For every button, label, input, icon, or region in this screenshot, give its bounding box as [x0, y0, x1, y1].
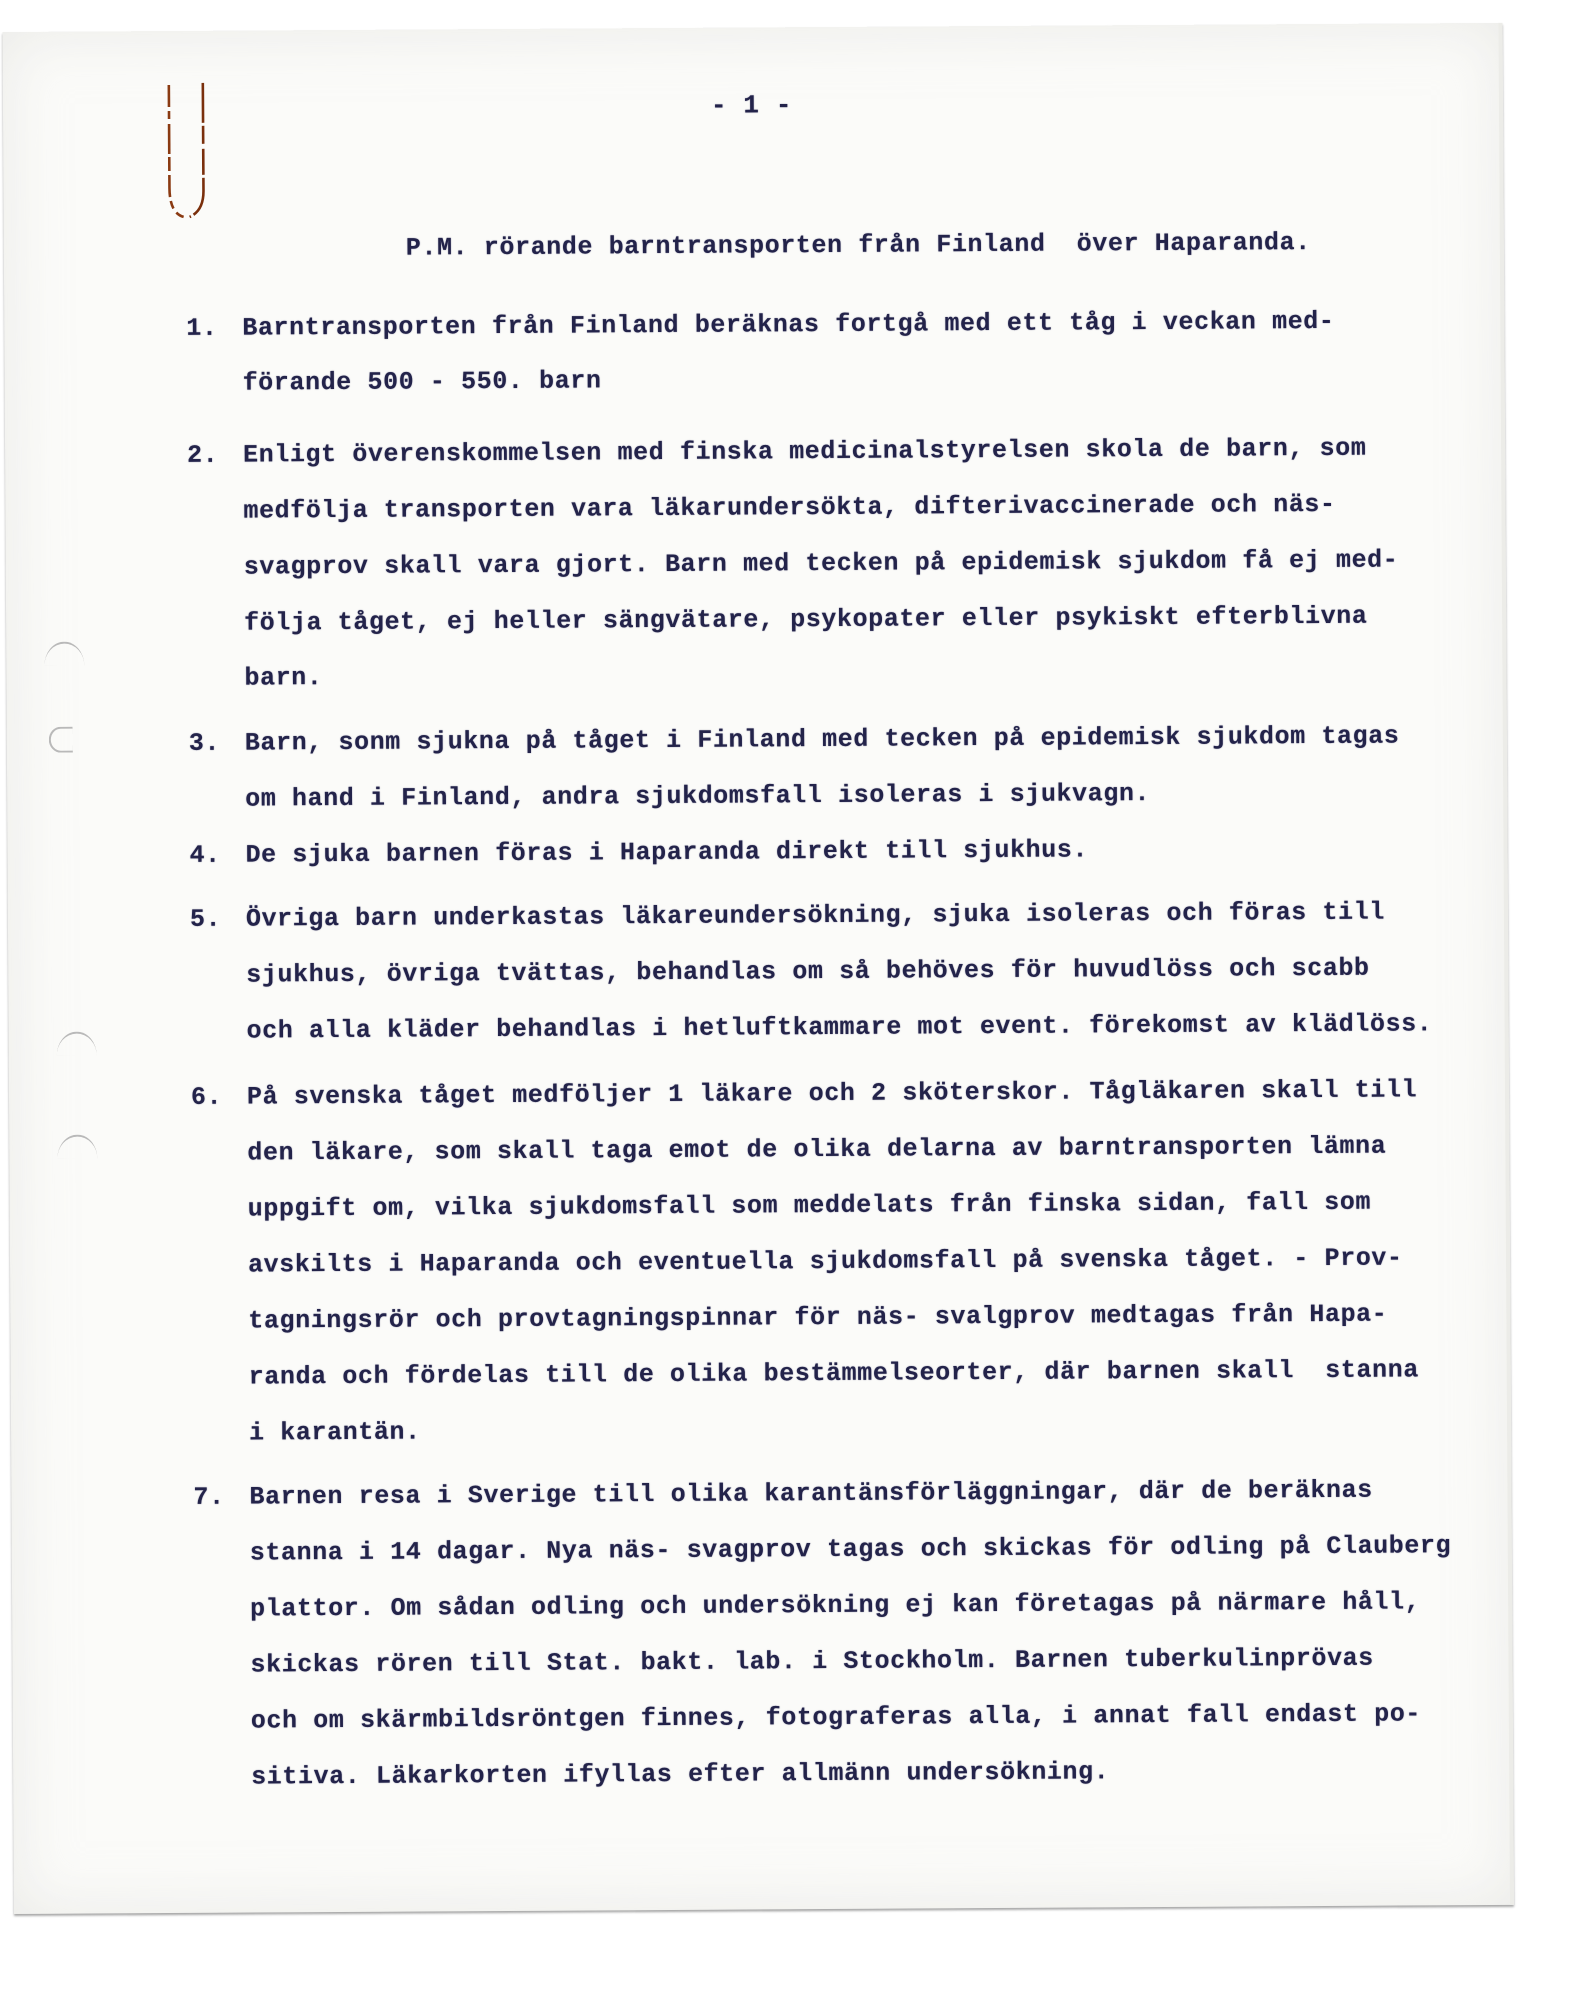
item-line: i karantän. — [249, 1418, 421, 1448]
list-item-2: 2. Enligt överenskommelsen med finska me… — [3, 23, 1503, 32]
item-line: medfölja transporten vara läkarundersökt… — [243, 490, 1335, 526]
item-line: De sjuka barnen föras i Haparanda direkt… — [245, 835, 1088, 869]
item-line: randa och fördelas till de olika bestämm… — [249, 1355, 1419, 1391]
list-item-6: 6. På svenska tåget medföljer 1 läkare o… — [3, 23, 1503, 32]
item-line: skickas rören till Stat. bakt. lab. i St… — [250, 1644, 1374, 1680]
item-line: Barnen resa i Sverige till olika karantä… — [249, 1476, 1373, 1512]
item-line: och alla kläder behandlas i hetluftkamma… — [247, 1009, 1433, 1045]
paper-clip-rust-mark-icon — [165, 83, 208, 223]
punch-hole-icon — [49, 727, 73, 753]
item-number: 7. — [193, 1483, 224, 1512]
item-line: barn. — [244, 663, 322, 692]
document-page: - 1 - P.M. rörande barntransporten från … — [3, 23, 1514, 1914]
item-line: om hand i Finland, andra sjukdomsfall is… — [245, 779, 1150, 814]
item-line: svagprov skall vara gjort. Barn med teck… — [244, 546, 1399, 582]
list-item-3: 3. Barn, sonm sjukna på tåget i Finland … — [3, 23, 1503, 32]
item-line: sitiva. Läkarkorten ifyllas efter allmän… — [251, 1757, 1109, 1791]
item-line: följa tåget, ej heller sängvätare, psyko… — [244, 602, 1368, 638]
punch-hole-icon — [57, 1031, 97, 1055]
item-line: uppgift om, vilka sjukdomsfall som medde… — [248, 1188, 1372, 1224]
list-item-5: 5. Övriga barn underkastas läkareundersö… — [3, 23, 1503, 32]
item-number: 4. — [189, 841, 220, 870]
list-item-1: 1. Barntransporten från Finland beräknas… — [3, 23, 1503, 32]
punch-hole-icon — [44, 642, 84, 666]
list-item-4: 4. De sjuka barnen föras i Haparanda dir… — [3, 23, 1503, 32]
document-title: P.M. rörande barntransporten från Finlan… — [406, 228, 1311, 263]
item-line: förande 500 - 550. barn — [243, 366, 602, 397]
item-number: 5. — [190, 905, 221, 934]
item-line: den läkare, som skall taga emot de olika… — [247, 1132, 1386, 1168]
item-line: På svenska tåget medföljer 1 läkare och … — [247, 1075, 1417, 1111]
item-line: plattor. Om sådan odling och undersöknin… — [250, 1587, 1420, 1623]
item-number: 6. — [191, 1083, 222, 1112]
item-line: och om skärmbildsröntgen finnes, fotogra… — [251, 1699, 1421, 1735]
page-number: - 1 - — [711, 90, 792, 120]
item-line: Övriga barn underkastas läkareundersökni… — [246, 898, 1385, 934]
item-line: Enligt överenskommelsen med finska medic… — [243, 434, 1367, 470]
item-line: avskilts i Haparanda och eventuella sjuk… — [248, 1244, 1403, 1280]
list-item-7: 7. Barnen resa i Sverige till olika kara… — [3, 23, 1503, 32]
item-number: 2. — [187, 441, 218, 470]
item-line: Barntransporten från Finland beräknas fo… — [242, 307, 1334, 343]
item-number: 1. — [186, 314, 217, 343]
item-line: Barn, sonm sjukna på tåget i Finland med… — [245, 722, 1400, 758]
item-line: tagningsrör och provtagningspinnar för n… — [248, 1300, 1387, 1336]
page-edge — [1498, 23, 1513, 1905]
punch-hole-icon — [57, 1134, 97, 1158]
item-number: 3. — [189, 729, 220, 758]
item-line: stanna i 14 dagar. Nya näs- svagprov tag… — [250, 1531, 1452, 1567]
item-line: sjukhus, övriga tvättas, behandlas om så… — [246, 954, 1370, 990]
